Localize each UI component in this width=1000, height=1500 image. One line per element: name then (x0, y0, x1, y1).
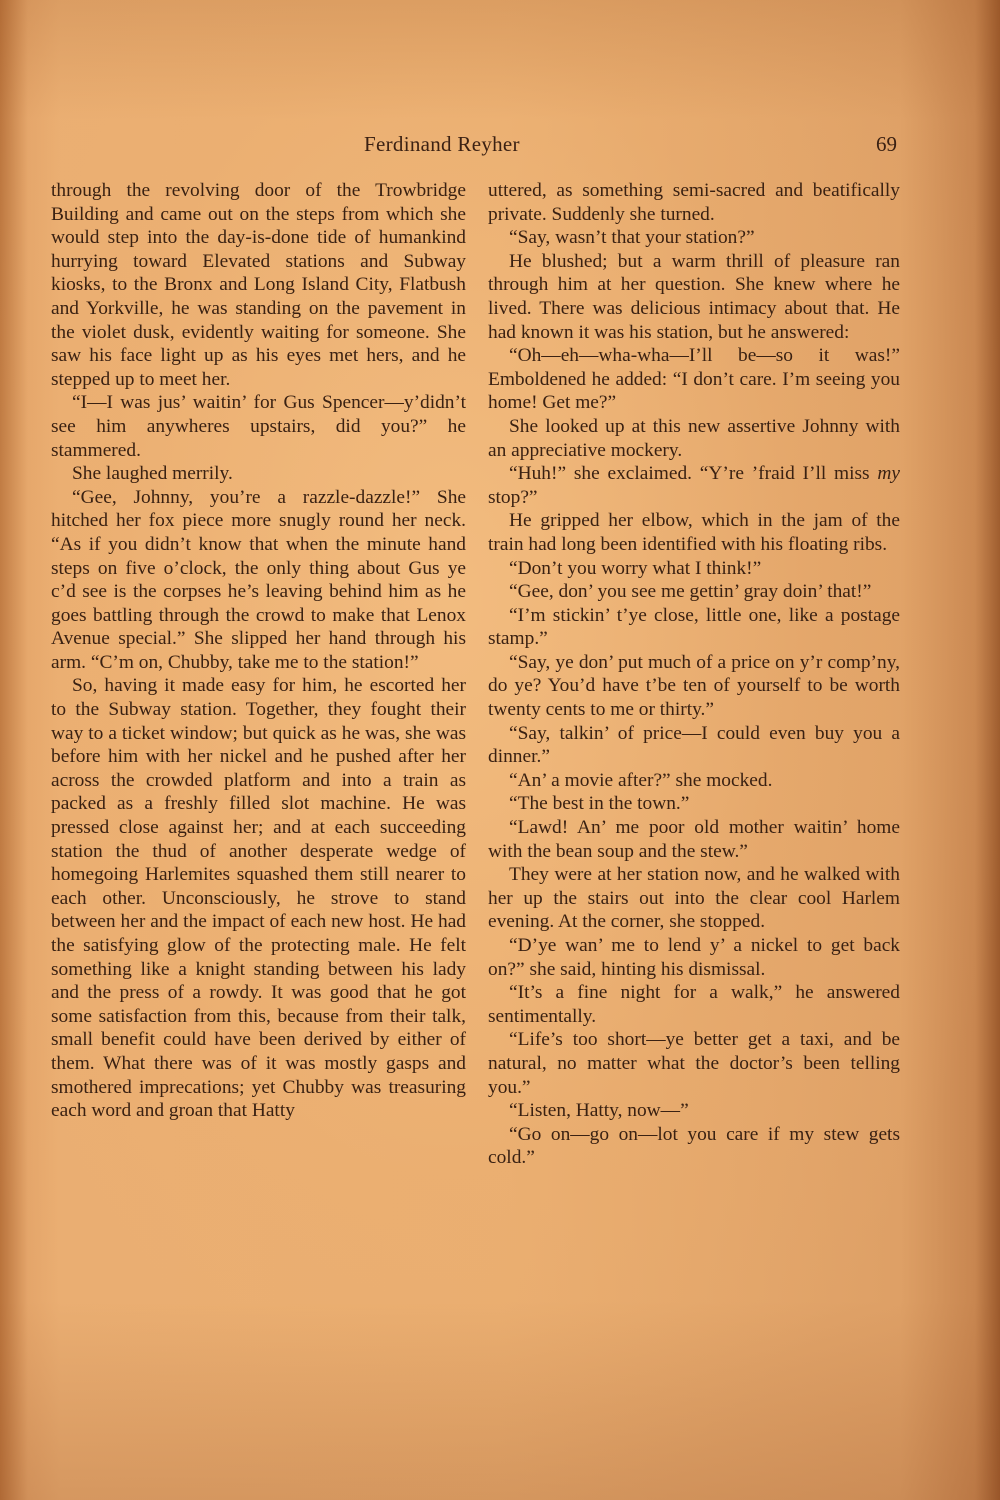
right-text-column: uttered, as something semi-sacred and be… (488, 179, 900, 1170)
paragraph: “Say, talkin’ of price—I could even buy … (488, 722, 900, 769)
paragraph: “Don’t you worry what I think!” (488, 557, 900, 581)
italic-emphasis: my (877, 463, 900, 484)
text-run: “Huh!” she exclaimed. “Y’re ’fraid I’ll … (509, 463, 877, 484)
paragraph: He blushed; but a warm thrill of pleasur… (488, 250, 900, 344)
text-run: stop?” (488, 487, 538, 508)
paragraph: “I—I was jus’ waitin’ for Gus Spencer—y’… (51, 391, 466, 462)
paragraph: She looked up at this new assertive John… (488, 415, 900, 462)
paragraph-with-emphasis: “Huh!” she exclaimed. “Y’re ’fraid I’ll … (488, 462, 900, 509)
paragraph: “Lawd! An’ me poor old mother waitin’ ho… (488, 816, 900, 863)
paragraph: through the revolving door of the Trowbr… (51, 179, 466, 391)
page-number: 69 (876, 132, 897, 157)
left-text-column: through the revolving door of the Trowbr… (51, 179, 466, 1123)
paragraph: “It’s a fine night for a walk,” he answe… (488, 981, 900, 1028)
paragraph: “Say, wasn’t that your station?” (488, 226, 900, 250)
paragraph: “Life’s too short—ye better get a taxi, … (488, 1028, 900, 1099)
author-name: Ferdinand Reyher (364, 132, 520, 157)
paragraph: “Listen, Hatty, now—” (488, 1099, 900, 1123)
paragraph: “Say, ye don’ put much of a price on y’r… (488, 651, 900, 722)
paragraph: “Go on—go on—lot you care if my stew get… (488, 1123, 900, 1170)
paragraph: “Oh—eh—wha-wha—I’ll be—so it was!” Embol… (488, 344, 900, 415)
paragraph: “D’ye wan’ me to lend y’ a nickel to get… (488, 934, 900, 981)
paragraph: “The best in the town.” (488, 792, 900, 816)
paragraph: She laughed merrily. (51, 462, 466, 486)
running-header: Ferdinand Reyher 69 (360, 128, 900, 162)
paragraph: “I’m stickin’ t’ye close, little one, li… (488, 604, 900, 651)
paragraph: He gripped her elbow, which in the jam o… (488, 509, 900, 556)
paragraph: They were at her station now, and he wal… (488, 863, 900, 934)
book-page: Ferdinand Reyher 69 through the revolvin… (0, 0, 1000, 1500)
paragraph: uttered, as something semi-sacred and be… (488, 179, 900, 226)
paragraph: “An’ a movie after?” she mocked. (488, 769, 900, 793)
paragraph: “Gee, don’ you see me gettin’ gray doin’… (488, 580, 900, 604)
paragraph: “Gee, Johnny, you’re a razzle-dazzle!” S… (51, 486, 466, 675)
paragraph: So, having it made easy for him, he esco… (51, 674, 466, 1122)
